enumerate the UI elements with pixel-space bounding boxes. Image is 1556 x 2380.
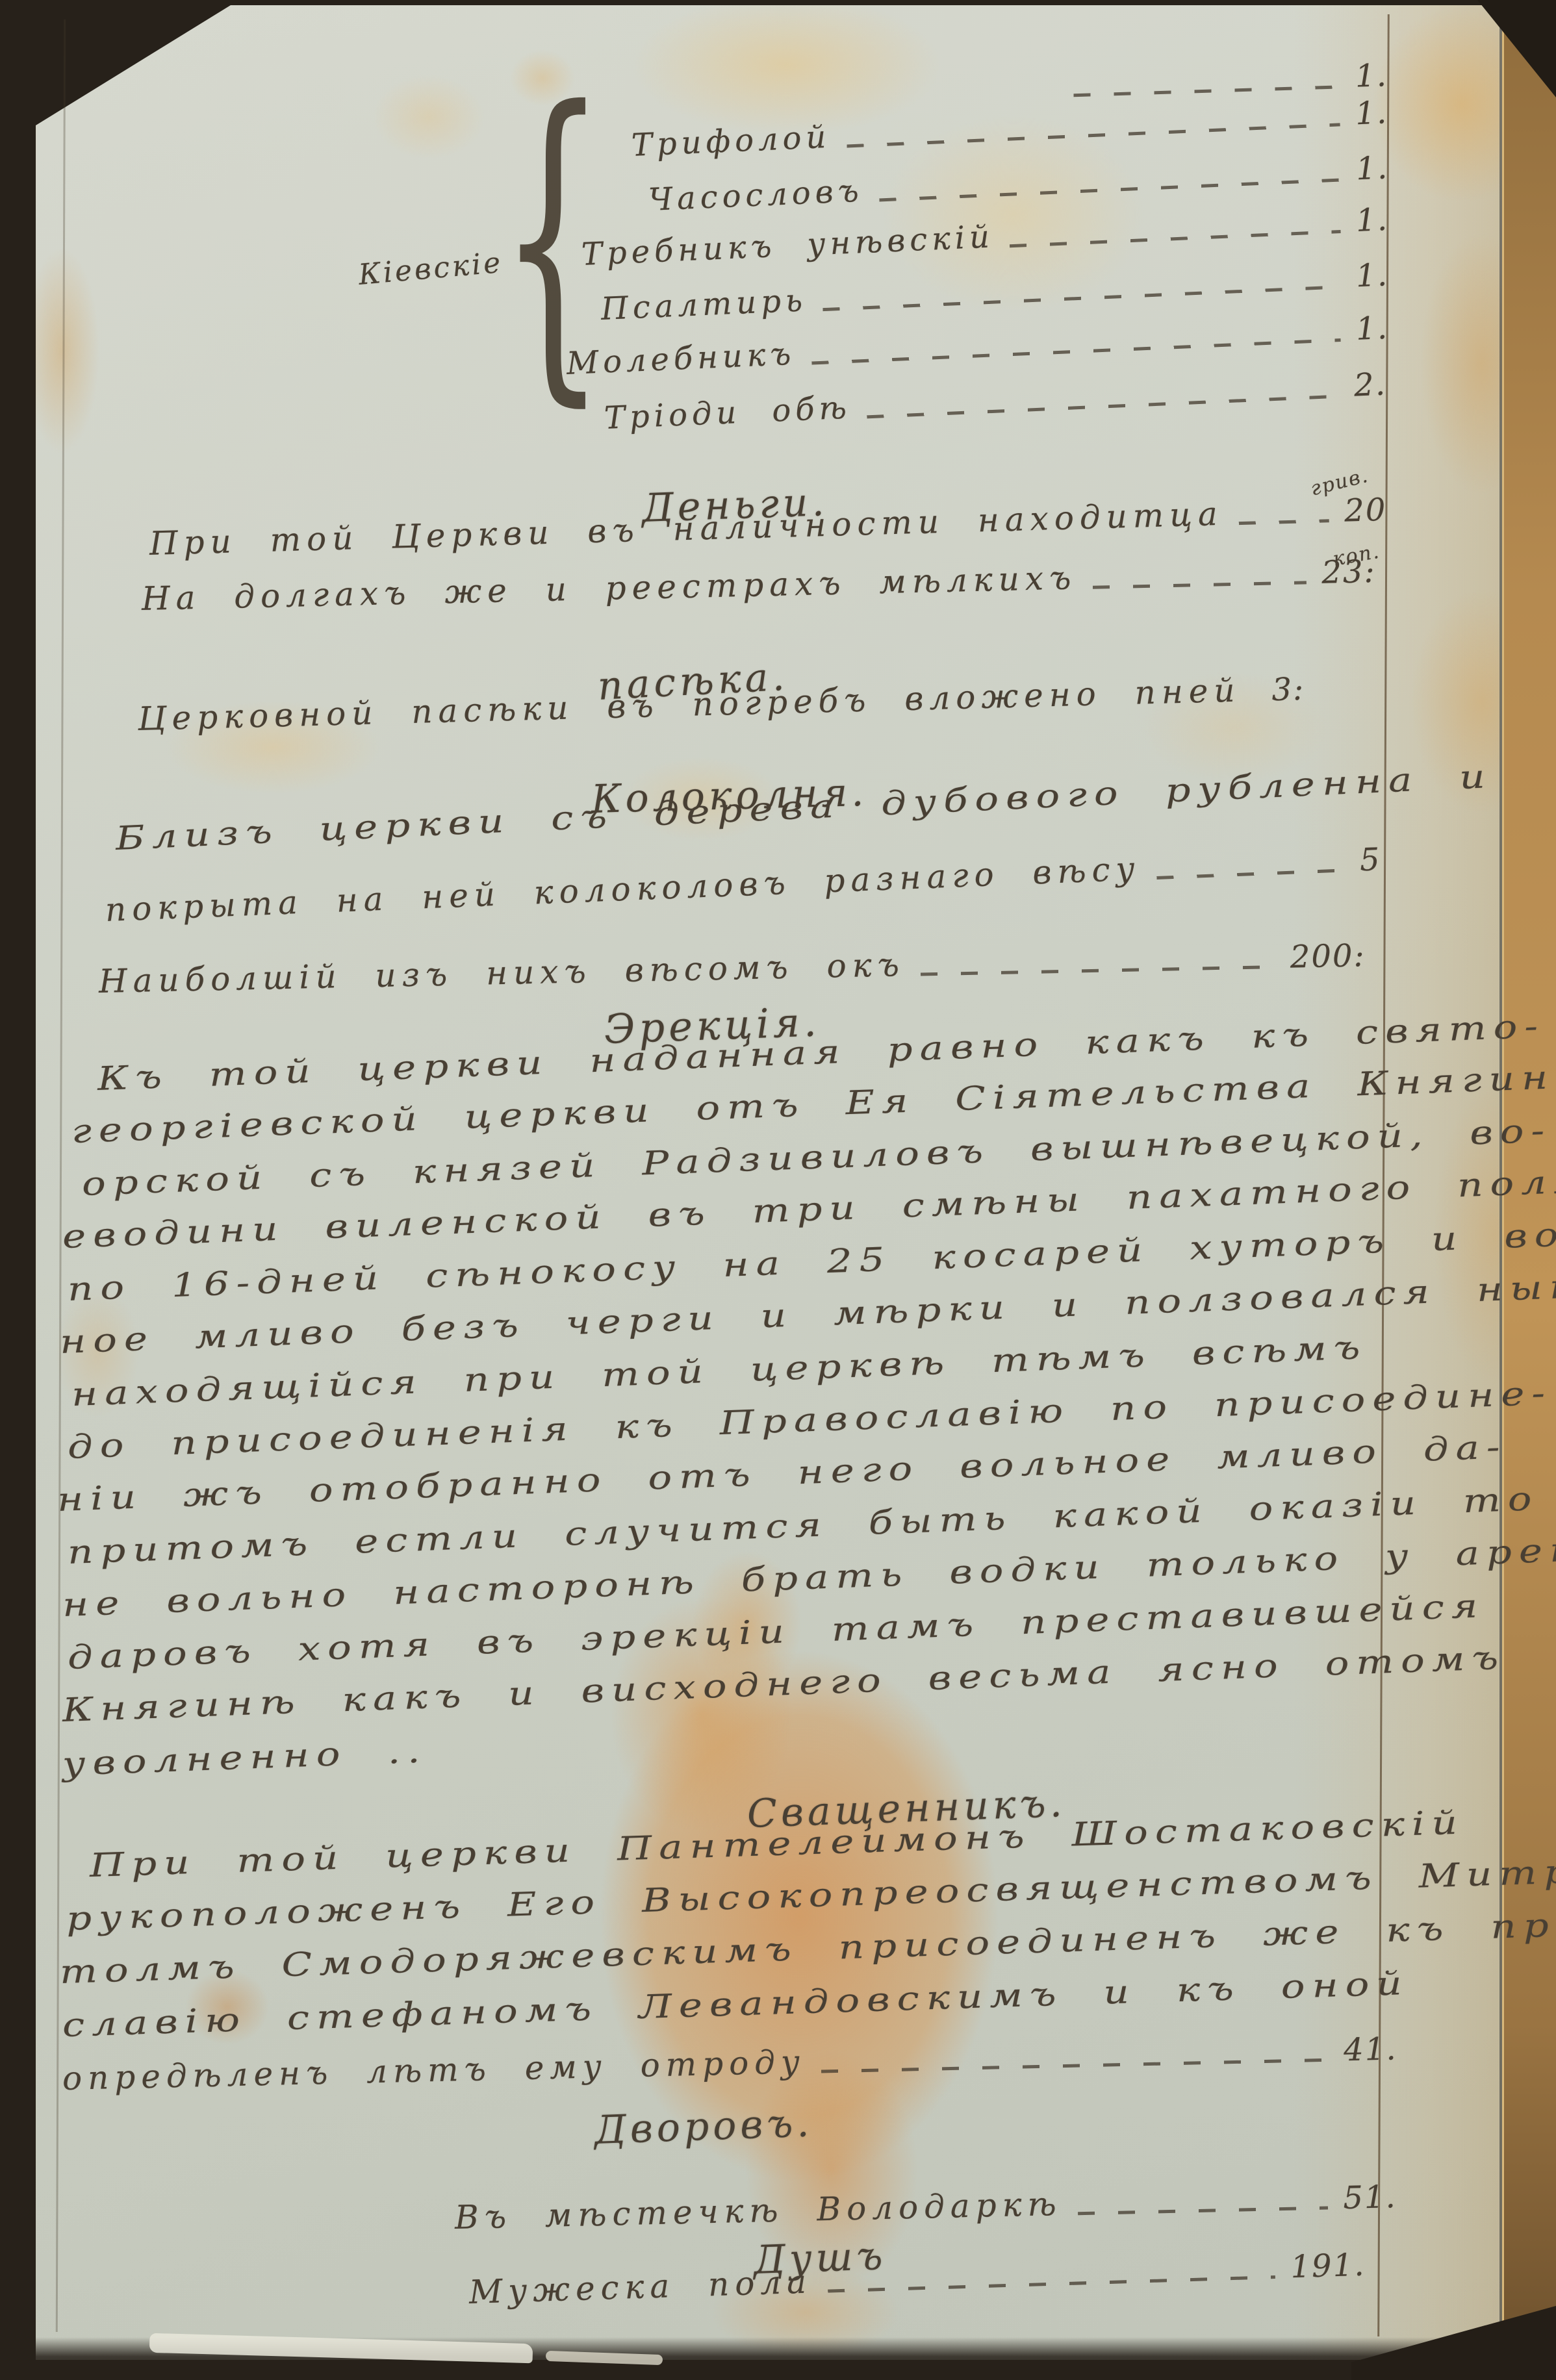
money-value: 20 — [1344, 492, 1387, 529]
households-value: 51. — [1343, 2179, 1397, 2216]
book-count: 1. — [1355, 310, 1389, 348]
book-count: 2. — [1353, 366, 1387, 403]
leader-dashes — [1093, 581, 1307, 589]
ledger-value: 1. — [1355, 57, 1388, 95]
belfry-value: 5 — [1359, 841, 1382, 878]
leader-dashes — [1156, 868, 1345, 880]
priest-age-value: 41. — [1344, 2031, 1398, 2068]
leader-dashes — [921, 965, 1275, 976]
book-count: 1. — [1355, 257, 1389, 294]
book-count: 1. — [1355, 201, 1389, 239]
leader-dashes — [1078, 2206, 1328, 2215]
souls-value: 191. — [1290, 2247, 1366, 2286]
belfry-value: 200: — [1290, 937, 1366, 975]
book-count: 1. — [1355, 94, 1388, 132]
leader-dashes — [1073, 85, 1340, 97]
section-heading-households: Дворовъ. — [594, 2100, 814, 2153]
money-value: 23: — [1321, 553, 1376, 591]
book-count: 1. — [1355, 149, 1389, 187]
apiary-value: 3: — [1271, 671, 1305, 708]
leader-dashes — [1239, 519, 1329, 525]
